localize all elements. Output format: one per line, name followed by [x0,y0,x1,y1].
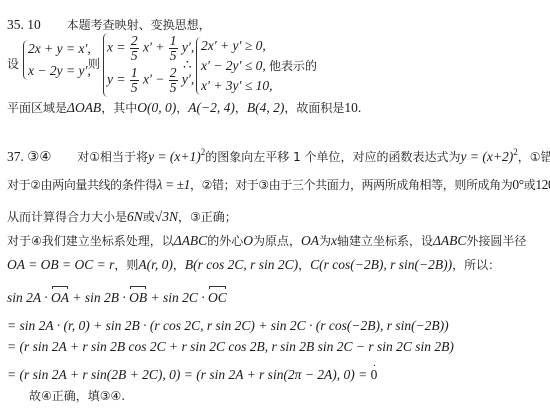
point-b: B(4, 2) [247,100,285,115]
problem-35-number: 35. 10 [7,17,41,32]
angle-120: 120° [535,177,550,192]
formula-y-x-plus-2: y = (x+2) [461,149,514,164]
system-2-eq-y: y = 15 x′ − 25 y′, [107,66,194,95]
force-6n: 6N [127,209,143,224]
term: x′ − [143,72,164,87]
equation-3: = (r sin 2A + r sin 2B cos 2C + r sin 2C… [7,339,454,355]
force-sqrt3n: √3N [155,209,178,224]
text: ，其中 [101,101,137,115]
denominator: 5 [169,81,178,95]
problem-37-number: 37. ③④ [7,149,51,164]
vector-oc: OC [208,290,227,306]
vector-oa: OA [51,290,69,306]
fraction: 25 [169,66,178,95]
numerator: 1 [169,34,178,49]
term: + sin 2C · [151,290,205,305]
term: + sin 2B · [72,290,125,305]
equation-2: = sin 2A · (r, 0) + sin 2B · (r cos 2C, … [7,318,449,334]
problem-35-header: 35. 10 本题考查映射、变换思想， [7,17,211,33]
term: y′, [182,72,194,87]
system-3-ineq-3: x′ + 3y′ ≤ 10, [201,78,273,94]
separator: ， [176,101,188,115]
system-1-eq-1: 2x + y = x′, [28,41,91,57]
segment-oa: OA [301,233,319,248]
point-c: C(r cos(−2B), r sin(−2B)) [310,257,452,272]
radius-equation: OA = OB = OC = r [7,257,114,272]
numerator: 2 [130,34,139,49]
triangle-abc: ΔABC [174,233,207,248]
problem-35-intro: 本题考查映射、变换思想， [67,18,211,32]
eq-lhs: x = [107,40,125,55]
problem-37-line-1: 37. ③④ 对①相当于将y = (x+1)2的图象向左平移 1 个单位，对应的… [7,144,550,165]
therefore-symbol: ∴ [183,57,192,73]
term: sin 2A · [7,290,48,305]
text: 对①相当于将 [77,150,148,164]
text: 对于④我们建立坐标系处理，以 [7,234,174,248]
text: 为 [319,234,331,248]
equation-1: sin 2A · OA + sin 2B · OB + sin 2C · OC [7,290,227,306]
area-value: 10 [344,100,358,115]
separator: ， [298,258,310,272]
text: 从而计算得合力大小是 [7,210,127,224]
text: 的图象向左平移 1 个单位，对应的函数表达式为 [205,150,460,164]
numerator: 2 [169,66,178,81]
text: ，故面积是 [284,101,344,115]
equation-4: = (r sin 2A + r sin(2B + 2C), 0) = (r si… [7,367,377,383]
point-b: B(r cos 2C, r sin 2C) [185,257,298,272]
formula-y-x-plus-1: y = (x+1) [148,149,201,164]
problem-37-line-4: 对于④我们建立坐标系处理，以ΔABC的外心O为原点，OA为x轴建立坐标系，设ΔA… [7,233,526,249]
text: 或 [524,178,536,192]
triangle-oab: ΔOAB [67,100,101,115]
text: 外接圆半径 [466,234,526,248]
eq-lhs: y = [107,72,125,87]
text: ，②错；对于③由于三个共面力，两两所成角相等，则所成角为 [190,178,512,192]
term: x′ + [143,40,164,55]
problem-37-line-2: 对于②由两向量共线的条件得λ = ±1，②错；对于③由于三个共面力，两两所成角相… [7,177,550,193]
system-2-eq-x: x = 25 x′ + 15 y′, [107,34,194,63]
region-text: 他表示的 [269,58,317,74]
separator: ， [173,258,185,272]
point-o: O(0, 0) [137,100,176,115]
final-answer: 故④正确，填③④. [29,388,125,404]
denominator: 5 [130,81,139,95]
text: ，③正确； [178,210,237,224]
system-1-eq-2: x − 2y = y′, [28,63,91,79]
period: . [358,100,361,115]
point-a: A(r, 0) [138,257,173,272]
text: ，①错； [518,150,550,164]
point-a: A(−2, 4) [188,100,235,115]
text: 或 [143,210,155,224]
separator: ， [235,101,247,115]
then-label: 则 [88,56,100,72]
problem-37-line-5: OA = OB = OC = r，则A(r, 0)，B(r cos 2C, r … [7,257,500,273]
vector-ob: OB [129,290,147,306]
triangle-abc: ΔABC [433,233,466,248]
fraction: 15 [169,34,178,63]
denominator: 5 [169,49,178,63]
text: 为原点， [253,234,301,248]
text: ，所以： [452,258,500,272]
circumcenter-o: O [243,233,253,248]
text: 的外心 [207,234,243,248]
set-label: 设 [7,56,19,72]
system-3-ineq-2: x′ − 2y′ ≤ 0, [201,58,266,74]
lambda-value: λ = ±1 [157,177,190,192]
text: 平面区域是 [7,101,67,115]
angle-0: 0° [512,177,523,192]
term: = (r sin 2A + r sin(2B + 2C), 0) = (r si… [7,367,367,382]
fraction: 15 [130,66,139,95]
zero-vector: 0 [371,367,378,383]
text: 轴建立坐标系，设 [337,234,433,248]
numerator: 1 [130,66,139,81]
problem-35-conclusion: 平面区域是ΔOAB，其中O(0, 0)，A(−2, 4)，B(4, 2)，故面积… [7,100,361,116]
system-3-ineq-1: 2x′ + y′ ≥ 0, [201,38,266,54]
text: 对于②由两向量共线的条件得 [7,178,157,192]
fraction: 25 [130,34,139,63]
term: y′, [182,40,194,55]
problem-37-line-3: 从而计算得合力大小是6N或√3N，③正确； [7,209,237,225]
text: ，则 [114,258,138,272]
denominator: 5 [130,49,139,63]
